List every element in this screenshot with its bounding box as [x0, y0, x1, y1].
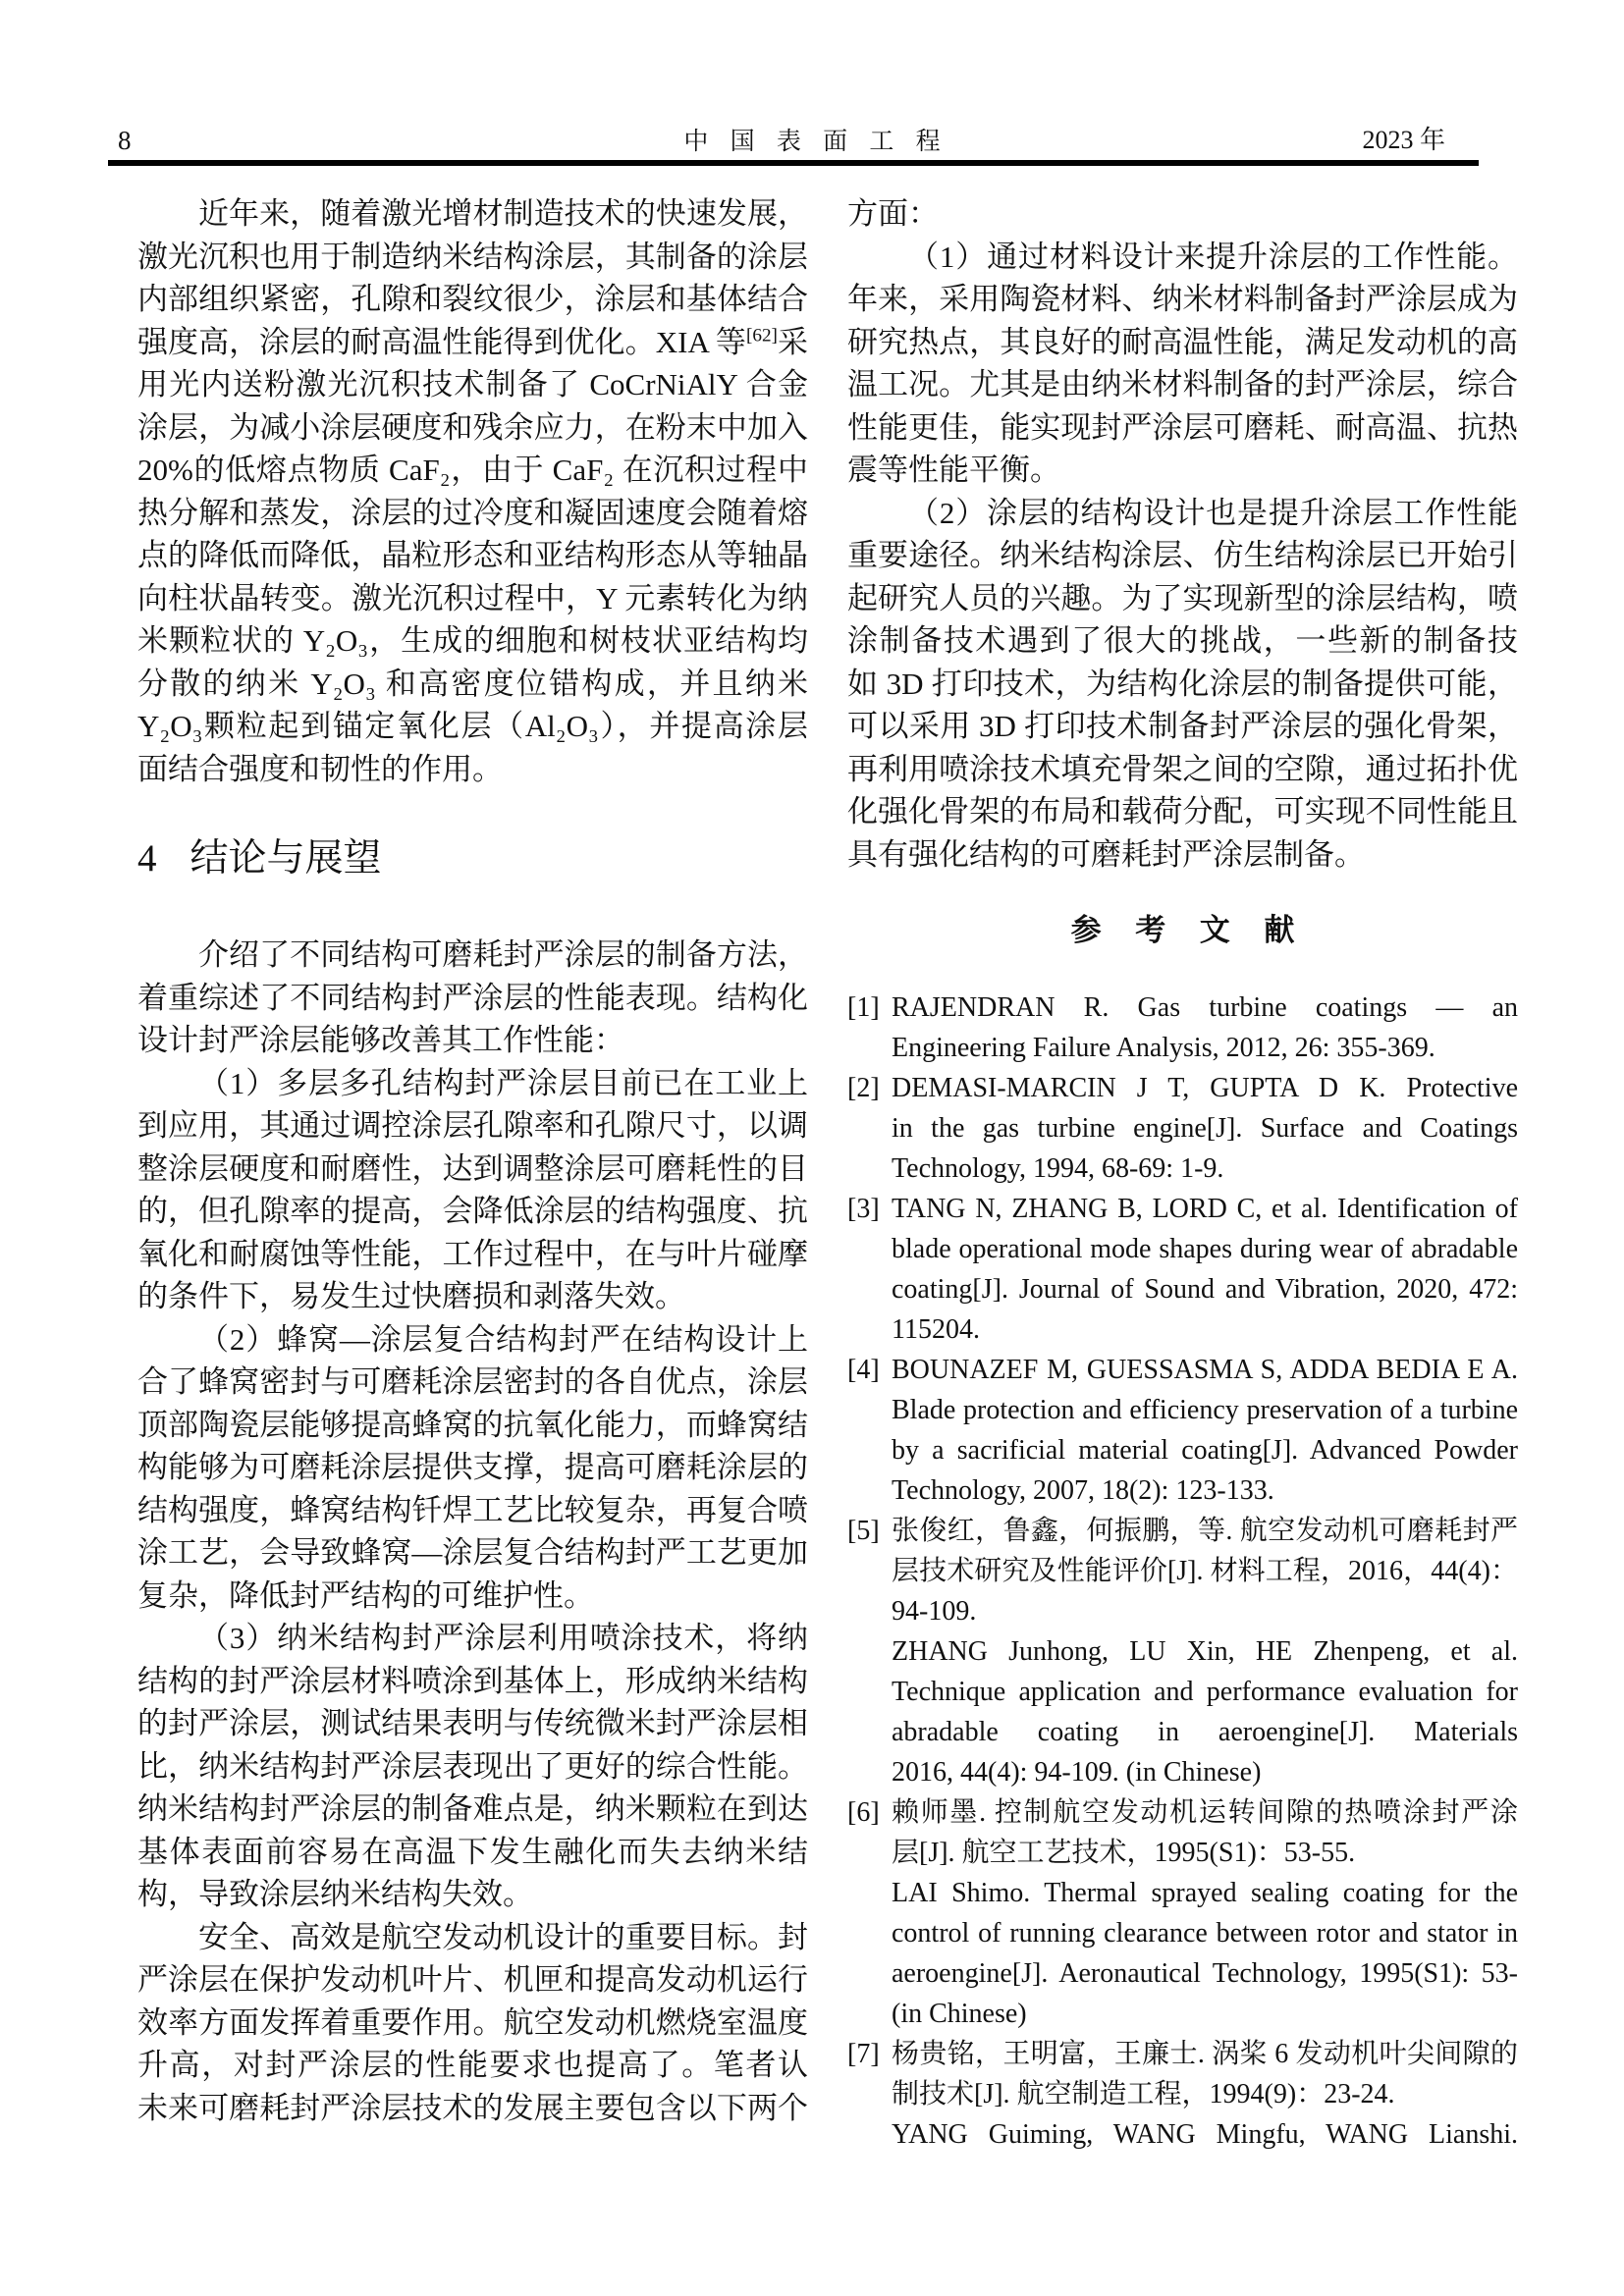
citation-ref: [62] [746, 325, 778, 346]
text-line: 20%的低熔点物质 CaF₂，由于 CaF₂ 在沉积过程中被 [137, 449, 808, 492]
header-rule [108, 160, 1479, 166]
text-line: 着重综述了不同结构封严涂层的性能表现。结构化 [137, 977, 808, 1020]
text-line: 米颗粒状的 Y₂O₃，生成的细胞和树枝状亚结构均由 [137, 619, 808, 663]
text-line: 的，但孔隙率的提高，会降低涂层的结构强度、抗 [137, 1190, 808, 1233]
text-line: 涂工艺，会导致蜂窝—涂层复合结构封严工艺更加 [137, 1531, 808, 1575]
reference-number: [1] [847, 988, 880, 1028]
text-line: 化强化骨架的布局和载荷分配，可实现不同性能且 [847, 790, 1518, 833]
paragraph: （2）涂层的结构设计也是提升涂层工作性能的重要途径。纳米结构涂层、仿生结构涂层已… [847, 492, 1518, 877]
text-line: 具有强化结构的可磨耗封严涂层制备。 [847, 833, 1518, 877]
header-year: 2023 年 [1362, 126, 1445, 155]
reference-line: YANG Guiming, WANG Mingfu, WANG Lianshi. [892, 2114, 1518, 2155]
reference-line: TANG N, ZHANG B, LORD C, et al. Identifi… [892, 1189, 1518, 1229]
reference-line: Engineering Failure Analysis, 2012, 26: … [892, 1028, 1518, 1068]
text-line: 安全、高效是航空发动机设计的重要目标。封 [137, 1916, 808, 1959]
text-line: 年来，采用陶瓷材料、纳米材料制备封严涂层成为 [847, 278, 1518, 321]
text-line: 设计封严涂层能够改善其工作性能： [137, 1019, 808, 1062]
text-line: 基体表面前容易在高温下发生融化而失去纳米结 [137, 1831, 808, 1874]
text-line: 的封严涂层，测试结果表明与传统微米封严涂层相 [137, 1702, 808, 1745]
text-line: 激光沉积也用于制造纳米结构涂层，其制备的涂层 [137, 236, 808, 279]
reference-number: [4] [847, 1350, 880, 1390]
reference-item: [4]BOUNAZEF M, GUESSASMA S, ADDA BEDIA E… [847, 1350, 1518, 1511]
reference-line: (in Chinese) [892, 1994, 1518, 2034]
paragraph: 近年来，随着激光增材制造技术的快速发展，激光沉积也用于制造纳米结构涂层，其制备的… [137, 192, 808, 790]
reference-number: [6] [847, 1792, 880, 1833]
reference-line: 杨贵铭，王明富，王廉士. 涡桨 6 发动机叶尖间隙的控 [892, 2034, 1518, 2074]
paragraph: 安全、高效是航空发动机设计的重要目标。封严涂层在保护发动机叶片、机匣和提高发动机… [137, 1916, 808, 2130]
paragraph: （1）通过材料设计来提升涂层的工作性能。近年来，采用陶瓷材料、纳米材料制备封严涂… [847, 236, 1518, 492]
reference-item: [1]RAJENDRAN R. Gas turbine coatings — a… [847, 988, 1518, 1068]
text-line: 合了蜂窝密封与可磨耗涂层密封的各自优点，涂层 [137, 1361, 808, 1404]
reference-line: 94-109. [892, 1591, 1518, 1631]
section-title: 结论与展望 [190, 837, 382, 880]
text-line: 涂制备技术遇到了很大的挑战，一些新的制备技术， [847, 619, 1518, 663]
reference-line: aeroengine[J]. Aeronautical Technology, … [892, 1953, 1518, 1994]
text-line: 介绍了不同结构可磨耗封严涂层的制备方法， [137, 934, 808, 977]
text-line: （1）通过材料设计来提升涂层的工作性能。近 [847, 236, 1518, 279]
right-column: 方面：（1）通过材料设计来提升涂层的工作性能。近年来，采用陶瓷材料、纳米材料制备… [847, 192, 1518, 2155]
text-line: （2）蜂窝—涂层复合结构封严在结构设计上结 [137, 1318, 808, 1362]
text-line: 效率方面发挥着重要作用。航空发动机燃烧室温度 [137, 2002, 808, 2045]
text-line: 涂层，为减小涂层硬度和残余应力，在粉末中加入 [137, 406, 808, 450]
reference-line: control of running clearance between rot… [892, 1913, 1518, 1953]
text-line: 复杂，降低封严结构的可维护性。 [137, 1575, 808, 1618]
reference-line: 2016, 44(4): 94-109. (in Chinese) [892, 1752, 1518, 1792]
text-line: 震等性能平衡。 [847, 449, 1518, 492]
text-line: 结构的封严涂层材料喷涂到基体上，形成纳米结构 [137, 1660, 808, 1703]
reference-number: [2] [847, 1068, 880, 1108]
reference-line: BOUNAZEF M, GUESSASMA S, ADDA BEDIA E A. [892, 1350, 1518, 1390]
paragraph: （2）蜂窝—涂层复合结构封严在结构设计上结合了蜂窝密封与可磨耗涂层密封的各自优点… [137, 1318, 808, 1618]
reference-number: [3] [847, 1189, 880, 1229]
reference-item: [6]赖师墨. 控制航空发动机运转间隙的热喷涂封严涂层[J]. 航空工艺技术，1… [847, 1792, 1518, 2034]
text-line: 方面： [847, 192, 1518, 236]
reference-line: coating[J]. Journal of Sound and Vibrati… [892, 1269, 1518, 1309]
reference-line: abradable coating in aeroengine[J]. Mate… [892, 1712, 1518, 1752]
reference-line: Technique application and performance ev… [892, 1672, 1518, 1712]
text-line: 的条件下，易发生过快磨损和剥落失效。 [137, 1275, 808, 1318]
reference-number: [5] [847, 1511, 880, 1551]
reference-line: ZHANG Junhong, LU Xin, HE Zhenpeng, et a… [892, 1631, 1518, 1672]
text-line: 构能够为可磨耗涂层提供支撑，提高可磨耗涂层的 [137, 1446, 808, 1489]
text-line: （2）涂层的结构设计也是提升涂层工作性能的 [847, 492, 1518, 535]
text-line: 面结合强度和韧性的作用。 [137, 748, 808, 791]
reference-line: DEMASI-MARCIN J T, GUPTA D K. Protective… [892, 1068, 1518, 1108]
journal-page: 8 中 国 表 面 工 程 2023 年 近年来，随着激光增材制造技术的快速发展… [0, 0, 1624, 2296]
text-line: 如 3D 打印技术，为结构化涂层的制备提供可能， [847, 663, 1518, 706]
reference-item: [5]张俊红，鲁鑫，何振鹏，等. 航空发动机可磨耗封严涂层技术研究及性能评价[J… [847, 1511, 1518, 1792]
section-heading: 4结论与展望 [137, 831, 808, 886]
text-line: 温工况。尤其是由纳米材料制备的封严涂层，综合 [847, 363, 1518, 406]
text-line: （3）纳米结构封严涂层利用喷涂技术，将纳米 [137, 1617, 808, 1660]
text-line: 点的降低而降低，晶粒形态和亚结构形态从等轴晶 [137, 534, 808, 577]
reference-line: in the gas turbine engine[J]. Surface an… [892, 1108, 1518, 1148]
paragraph: （1）多层多孔结构封严涂层目前已在工业上得到应用，其通过调控涂层孔隙率和孔隙尺寸… [137, 1062, 808, 1318]
left-column: 近年来，随着激光增材制造技术的快速发展，激光沉积也用于制造纳米结构涂层，其制备的… [137, 192, 808, 2129]
reference-line: 115204. [892, 1309, 1518, 1350]
reference-line: LAI Shimo. Thermal sprayed sealing coati… [892, 1873, 1518, 1913]
reference-line: RAJENDRAN R. Gas turbine coatings — an o… [892, 988, 1518, 1028]
text-line: 整涂层硬度和耐磨性，达到调整涂层可磨耗性的目 [137, 1148, 808, 1191]
text-line: 比，纳米结构封严涂层表现出了更好的综合性能。 [137, 1745, 808, 1789]
paragraph: 介绍了不同结构可磨耗封严涂层的制备方法，着重综述了不同结构封严涂层的性能表现。结… [137, 934, 808, 1062]
paragraph: （3）纳米结构封严涂层利用喷涂技术，将纳米结构的封严涂层材料喷涂到基体上，形成纳… [137, 1617, 808, 1916]
section-number: 4 [137, 837, 157, 880]
text-line: 再利用喷涂技术填充骨架之间的空隙，通过拓扑优 [847, 748, 1518, 791]
text-line: 研究热点，其良好的耐高温性能，满足发动机的高 [847, 321, 1518, 364]
text-line: 分散的纳米 Y₂O₃ 和高密度位错构成，并且纳米 [137, 663, 808, 706]
text-line: 起研究人员的兴趣。为了实现新型的涂层结构，喷 [847, 577, 1518, 620]
reference-line: blade operational mode shapes during wea… [892, 1229, 1518, 1269]
text-line: 向柱状晶转变。激光沉积过程中，Y 元素转化为纳 [137, 577, 808, 620]
reference-line: 层[J]. 航空工艺技术，1995(S1)：53-55. [892, 1833, 1518, 1873]
text-line: 顶部陶瓷层能够提高蜂窝的抗氧化能力，而蜂窝结 [137, 1404, 808, 1447]
references-heading: 参 考 文 献 [847, 911, 1518, 950]
text-line: Y₂O₃颗粒起到锚定氧化层（Al₂O₃），并提高涂层界 [137, 705, 808, 748]
text-line: 纳米结构封严涂层的制备难点是，纳米颗粒在到达 [137, 1788, 808, 1831]
text-line: 近年来，随着激光增材制造技术的快速发展， [137, 192, 808, 236]
reference-line: 张俊红，鲁鑫，何振鹏，等. 航空发动机可磨耗封严涂 [892, 1511, 1518, 1551]
reference-item: [3]TANG N, ZHANG B, LORD C, et al. Ident… [847, 1189, 1518, 1350]
reference-line: Technology, 1994, 68-69: 1-9. [892, 1148, 1518, 1189]
paragraph: 方面： [847, 192, 1518, 236]
reference-line: 制技术[J]. 航空制造工程，1994(9)：23-24. [892, 2074, 1518, 2114]
text-line: 严涂层在保护发动机叶片、机匣和提高发动机运行 [137, 1958, 808, 2002]
reference-item: [2]DEMASI-MARCIN J T, GUPTA D K. Protect… [847, 1068, 1518, 1189]
reference-line: Technology, 2007, 18(2): 123-133. [892, 1470, 1518, 1511]
text-line: 用光内送粉激光沉积技术制备了 CoCrNiAlY 合金 [137, 363, 808, 406]
text-line: 内部组织紧密，孔隙和裂纹很少，涂层和基体结合 [137, 278, 808, 321]
reference-line: by a sacrificial material coating[J]. Ad… [892, 1430, 1518, 1470]
reference-line: 赖师墨. 控制航空发动机运转间隙的热喷涂封严涂 [892, 1792, 1518, 1833]
text-line: 氧化和耐腐蚀等性能，工作过程中，在与叶片碰摩 [137, 1233, 808, 1276]
text-line: 升高，对封严涂层的性能要求也提高了。笔者认为， [137, 2044, 808, 2087]
text-line: 重要途径。纳米结构涂层、仿生结构涂层已开始引 [847, 534, 1518, 577]
text-line: 热分解和蒸发，涂层的过冷度和凝固速度会随着熔 [137, 492, 808, 535]
text-line: 未来可磨耗封严涂层技术的发展主要包含以下两个 [137, 2087, 808, 2130]
text-line: 性能更佳，能实现封严涂层可磨耗、耐高温、抗热 [847, 406, 1518, 450]
text-line: 结构强度，蜂窝结构钎焊工艺比较复杂，再复合喷 [137, 1489, 808, 1532]
text-line: 强度高，涂层的耐高温性能得到优化。XIA 等[62]采 [137, 321, 808, 364]
text-line: 可以采用 3D 打印技术制备封严涂层的强化骨架， [847, 705, 1518, 748]
text-line: （1）多层多孔结构封严涂层目前已在工业上得 [137, 1062, 808, 1105]
text-line: 构，导致涂层纳米结构失效。 [137, 1873, 808, 1916]
reference-item: [7]杨贵铭，王明富，王廉士. 涡桨 6 发动机叶尖间隙的控制技术[J]. 航空… [847, 2034, 1518, 2155]
reference-number: [7] [847, 2034, 880, 2074]
reference-line: Blade protection and efficiency preserva… [892, 1390, 1518, 1430]
text-line: 到应用，其通过调控涂层孔隙率和孔隙尺寸，以调 [137, 1104, 808, 1148]
reference-line: 层技术研究及性能评价[J]. 材料工程，2016，44(4)： [892, 1551, 1518, 1591]
